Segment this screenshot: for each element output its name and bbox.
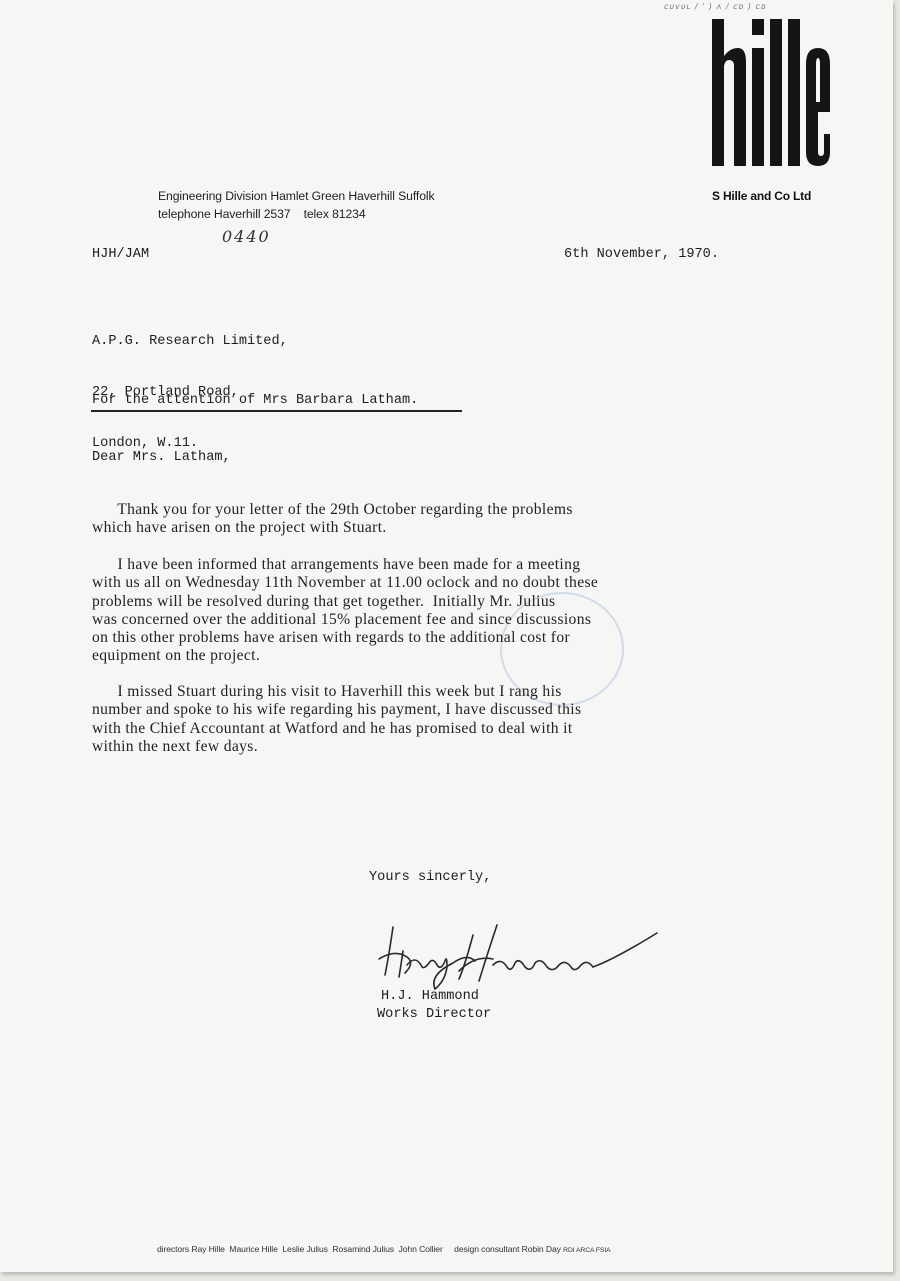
signature [375,915,665,995]
footer-directors: directors Ray Hille Maurice Hille Leslie… [157,1244,611,1254]
signer-name: H.J. Hammond [381,988,479,1005]
letter-reference: HJH/JAM [92,246,149,263]
closing: Yours sincerly, [369,869,491,886]
salutation: Dear Mrs. Latham, [92,449,231,466]
body-paragraph-1: Thank you for your letter of the 29th Oc… [92,501,573,538]
attention-line: For the attention of Mrs Barbara Latham. [92,392,418,409]
letterhead-address: Engineering Division Hamlet Green Haverh… [158,189,434,203]
archive-reference: ᴄᴜᴠᴜʟ / ' ) ᴧ / ᴄᴅ ) ᴄᴅ [664,2,767,11]
signer-title: Works Director [377,1006,491,1023]
footer-directors-text: directors Ray Hille Maurice Hille Leslie… [157,1244,563,1254]
letter-page: ᴄᴜᴠᴜʟ / ' ) ᴧ / ᴄᴅ ) ᴄᴅ S Hille and Co L… [0,0,893,1272]
company-name: S Hille and Co Ltd [712,189,811,203]
recipient-line-1: A.P.G. Research Limited, [92,333,288,350]
hille-logo [712,14,830,166]
body-paragraph-3: I missed Stuart during his visit to Have… [92,683,581,756]
body-paragraph-2: I have been informed that arrangements h… [92,556,598,666]
letter-date: 6th November, 1970. [564,246,719,263]
attention-underline [91,410,462,412]
letterhead-contact: telephone Haverhill 2537 telex 81234 [158,207,366,221]
handwritten-reference: 0440 [222,227,271,246]
footer-qualifications: RDI ARCA FSIA [563,1247,610,1254]
